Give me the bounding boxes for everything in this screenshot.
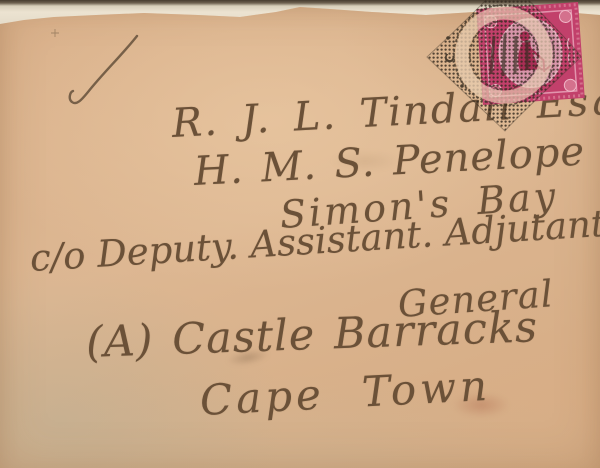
postage-stamp [476, 2, 586, 106]
envelope-scan: R. J. L. Tindall Esq H. M. S. Penelope S… [0, 0, 600, 468]
